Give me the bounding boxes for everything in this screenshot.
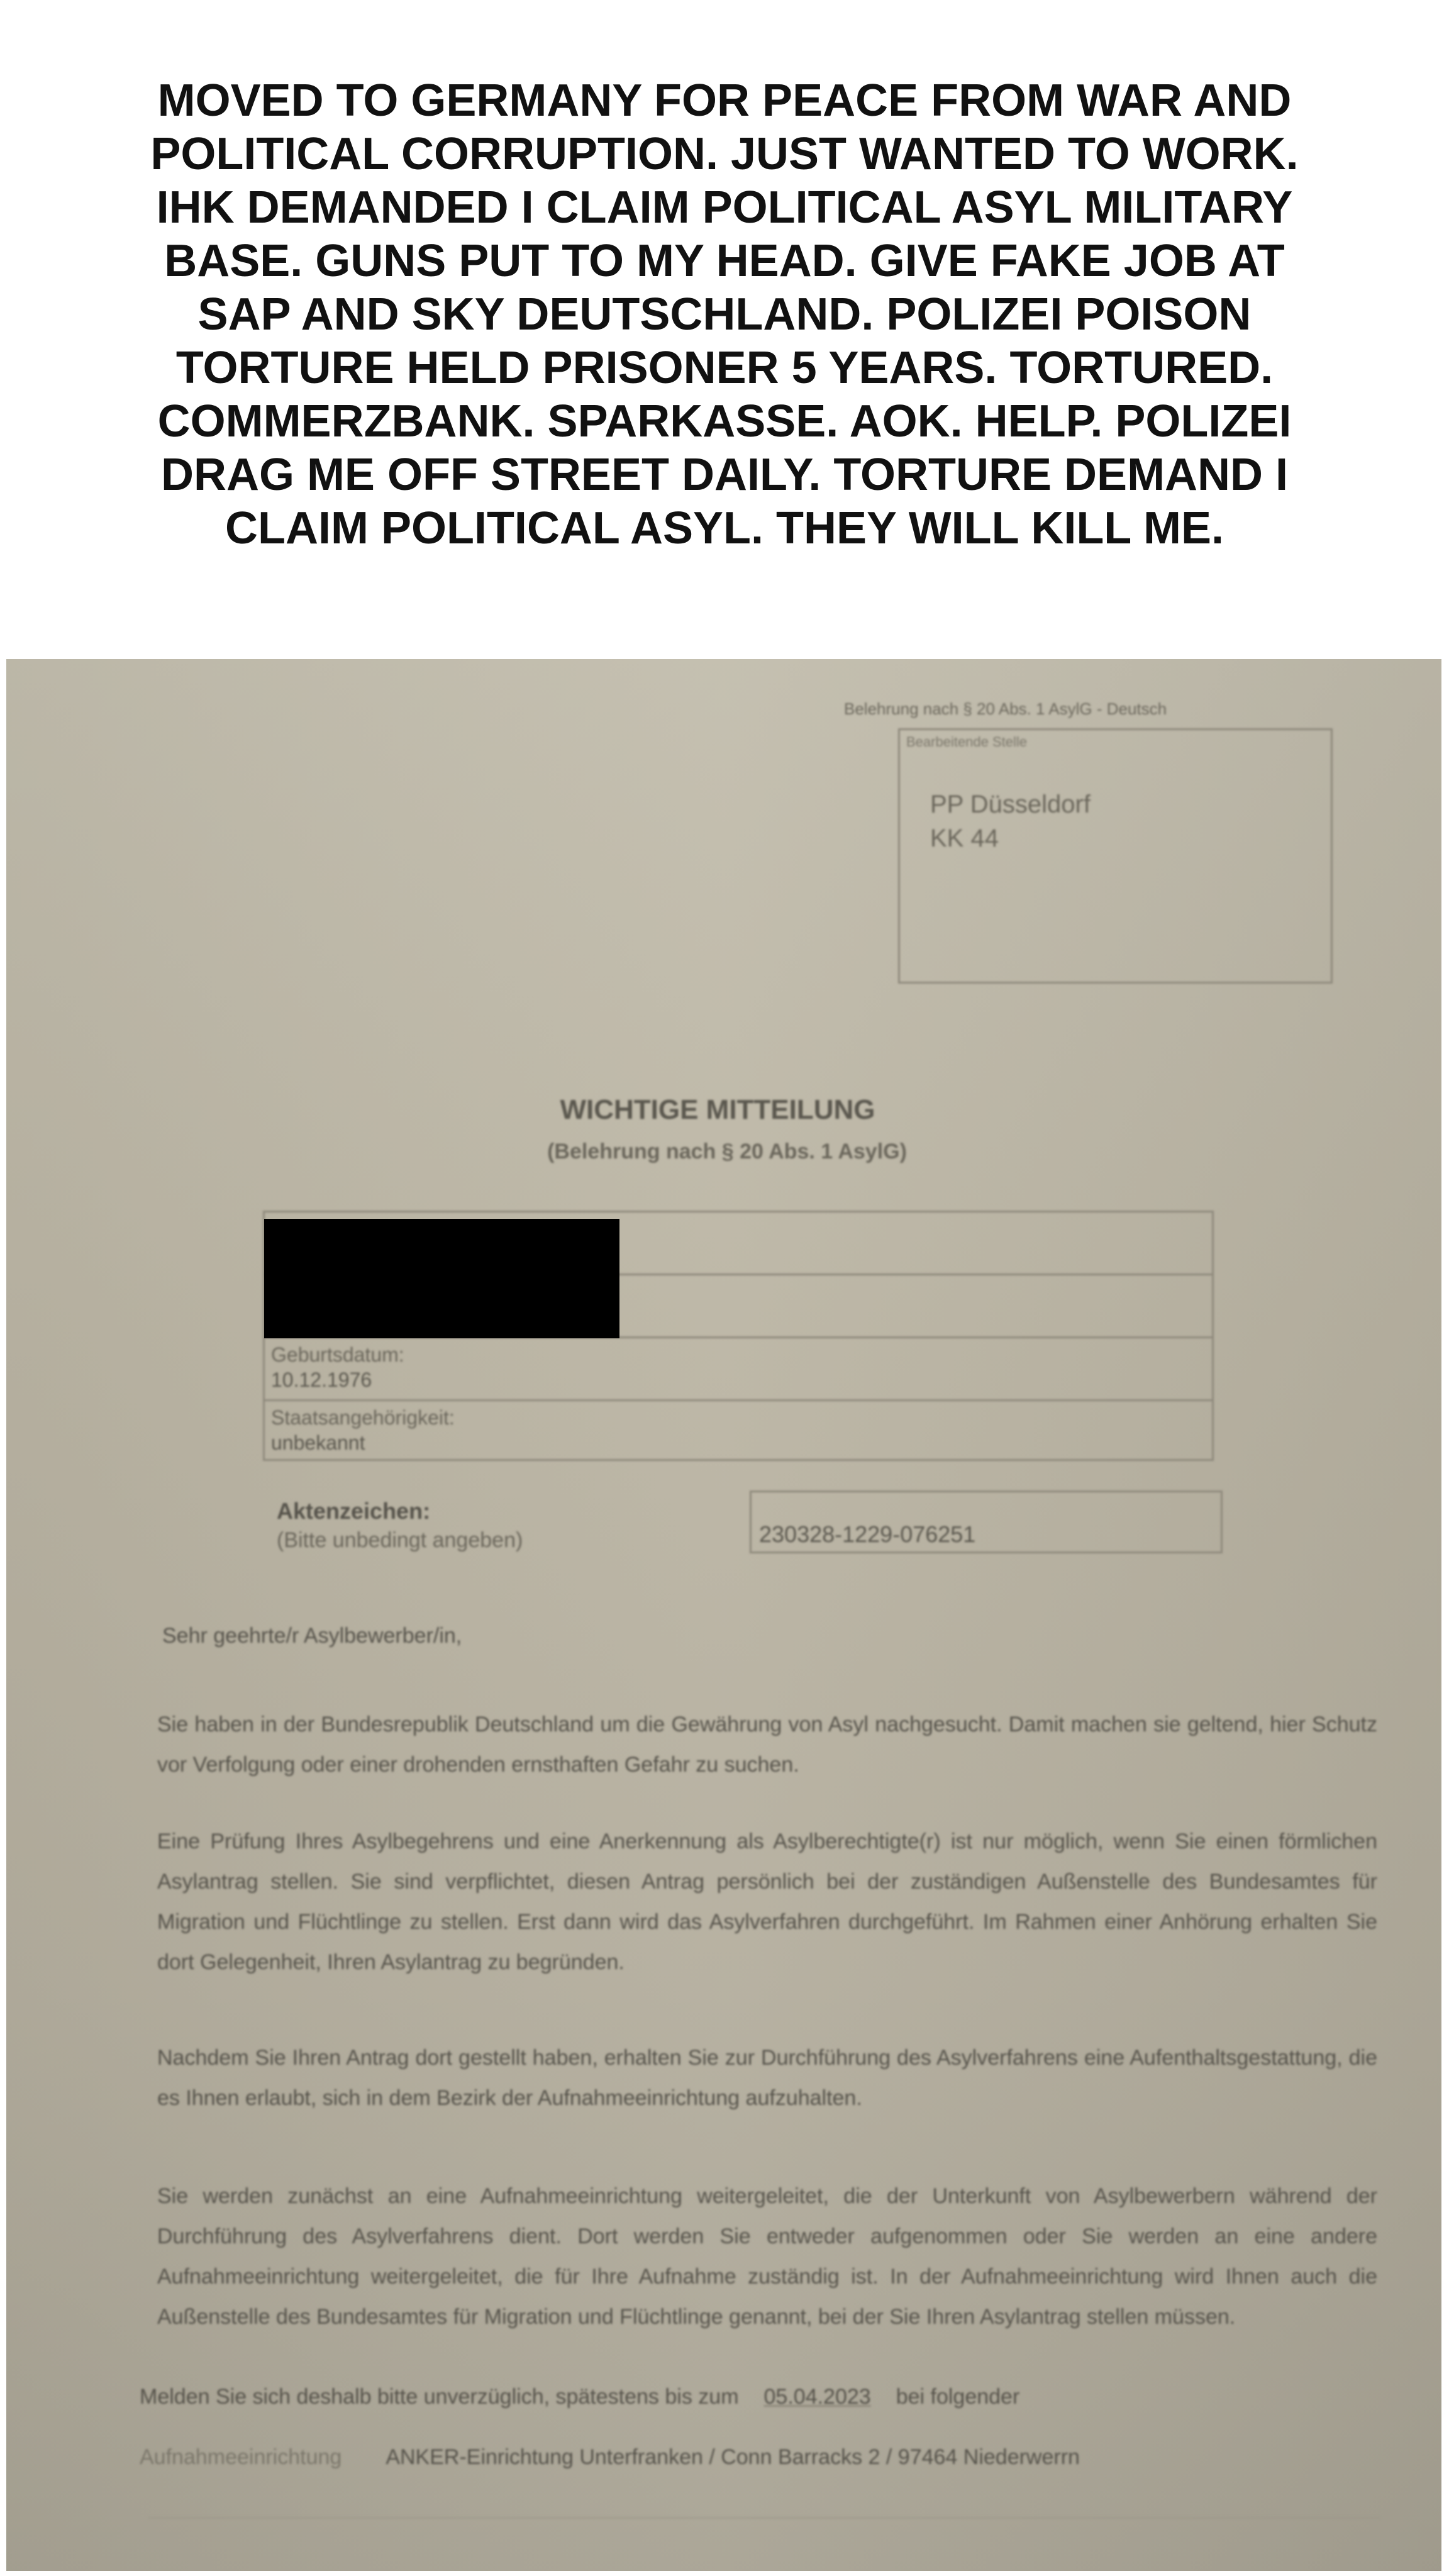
nationality-value: unbekannt xyxy=(271,1431,365,1455)
caption-line: BASE. GUNS PUT TO MY HEAD. GIVE FAKE JOB… xyxy=(75,235,1374,288)
birthdate-label: Geburtsdatum: xyxy=(271,1343,404,1367)
caption-line: COMMERZBANK. SPARKASSE. AOK. HELP. POLIZ… xyxy=(75,395,1374,448)
address-box-label: Bearbeitende Stelle xyxy=(906,734,1027,750)
paragraph: Eine Prüfung Ihres Asylbegehrens und ein… xyxy=(157,1821,1377,1982)
address-line-2: KK 44 xyxy=(930,824,999,853)
paragraph: Sie werden zunächst an eine Aufnahmeeinr… xyxy=(157,2176,1377,2337)
caption-line: SAP AND SKY DEUTSCHLAND. POLIZEI POISON xyxy=(75,288,1374,341)
salutation: Sehr geehrte/r Asylbewerber/in, xyxy=(162,1624,462,1648)
deadline-line: Melden Sie sich deshalb bitte unverzügli… xyxy=(140,2385,1391,2409)
deadline-suffix: bei folgender xyxy=(896,2385,1020,2409)
caption-line: TORTURE HELD PRISONER 5 YEARS. TORTURED. xyxy=(75,341,1374,395)
deadline-prefix: Melden Sie sich deshalb bitte unverzügli… xyxy=(140,2385,739,2409)
table-row-birthdate: Geburtsdatum: 10.12.1976 xyxy=(265,1338,1212,1401)
caption-line: IHK DEMANDED I CLAIM POLITICAL ASYL MILI… xyxy=(75,181,1374,235)
notice-title: WICHTIGE MITTEILUNG xyxy=(0,1094,1435,1126)
header-note: Belehrung nach § 20 Abs. 1 AsylG - Deuts… xyxy=(844,699,1167,719)
caption-line: DRAG ME OFF STREET DAILY. TORTURE DEMAND… xyxy=(75,448,1374,502)
deadline-date: 05.04.2023 xyxy=(764,2385,871,2409)
redaction-block xyxy=(264,1219,619,1338)
caption-line: MOVED TO GERMANY FOR PEACE FROM WAR AND xyxy=(75,74,1374,128)
facility-label: Aufnahmeeinrichtung xyxy=(140,2445,341,2469)
birthdate-value: 10.12.1976 xyxy=(271,1368,372,1392)
address-box: Bearbeitende Stelle PP Düsseldorf KK 44 xyxy=(898,728,1333,984)
paragraph: Sie haben in der Bundesrepublik Deutschl… xyxy=(157,1704,1377,1785)
reference-box: 230328-1229-076251 xyxy=(750,1491,1223,1553)
address-line-1: PP Düsseldorf xyxy=(930,791,1091,819)
paragraph: Nachdem Sie Ihren Antrag dort gestellt h… xyxy=(157,2038,1377,2118)
reference-label: Aktenzeichen: xyxy=(277,1498,430,1524)
overlay-caption: MOVED TO GERMANY FOR PEACE FROM WAR AND … xyxy=(75,74,1374,555)
footer-divider xyxy=(148,2517,1381,2519)
facility-value: ANKER-Einrichtung Unterfranken / Conn Ba… xyxy=(386,2445,1080,2469)
caption-line: CLAIM POLITICAL ASYL. THEY WILL KILL ME. xyxy=(75,502,1374,555)
notice-subtitle: (Belehrung nach § 20 Abs. 1 AsylG) xyxy=(0,1140,1435,1164)
table-row-nationality: Staatsangehörigkeit: unbekannt xyxy=(265,1401,1212,1461)
reference-hint: (Bitte unbedingt angeben) xyxy=(277,1528,523,1553)
nationality-label: Staatsangehörigkeit: xyxy=(271,1406,455,1430)
caption-line: POLITICAL CORRUPTION. JUST WANTED TO WOR… xyxy=(75,128,1374,181)
facility-line: AufnahmeeinrichtungANKER-Einrichtung Unt… xyxy=(140,2445,1410,2470)
reference-value: 230328-1229-076251 xyxy=(759,1521,975,1548)
